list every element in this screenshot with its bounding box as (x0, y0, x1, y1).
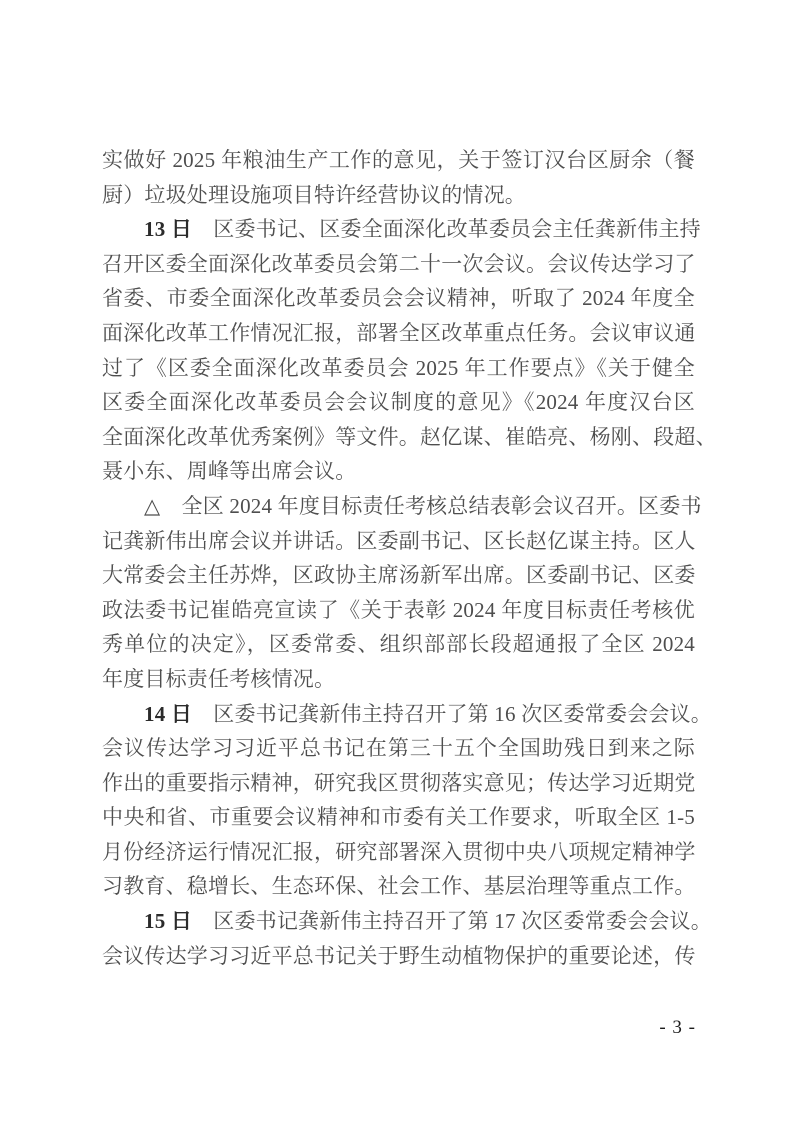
paragraph-day-15: 15 日 区委书记龚新伟主持召开了第 17 次区委常委会会议。会议传达学习习近平… (102, 904, 695, 973)
text-line: 中央和省、市重要会议精神和市委有关工作要求，听取全区 1-5 (102, 800, 695, 835)
text-line: 年度目标责任考核情况。 (102, 662, 695, 697)
text-line: 会议传达学习习近平总书记在第三十五个全国助残日到来之际 (102, 731, 695, 766)
text-line: 全面深化改革优秀案例》等文件。赵亿谋、崔皓亮、杨刚、段超、 (102, 420, 695, 455)
paragraph-day-14: 14 日 区委书记龚新伟主持召开了第 16 次区委常委会会议。会议传达学习习近平… (102, 697, 695, 905)
text-line: 15 日 区委书记龚新伟主持召开了第 17 次区委常委会会议。 (102, 904, 695, 939)
text-line: 会议传达学习习近平总书记关于野生动植物保护的重要论述，传 (102, 939, 695, 974)
paragraph-day-13: 13 日 区委书记、区委全面深化改革委员会主任龚新伟主持召开区委全面深化改革委员… (102, 212, 695, 489)
date-marker: 15 日 (144, 909, 192, 933)
text-line: 作出的重要指示精神，研究我区贯彻落实意见；传达学习近期党 (102, 766, 695, 801)
footer-page-number: - 3 - (659, 1016, 696, 1040)
text-line: 过了《区委全面深化改革委员会 2025 年工作要点》《关于健全 (102, 351, 695, 386)
text-line: 聂小东、周峰等出席会议。 (102, 454, 695, 489)
text-line: 厨）垃圾处理设施项目特许经营协议的情况。 (102, 178, 695, 213)
date-marker: 13 日 (144, 217, 192, 241)
document-page: 实做好 2025 年粮油生产工作的意见，关于签订汉台区厨余（餐厨）垃圾处理设施项… (0, 0, 793, 1122)
text-line: 14 日 区委书记龚新伟主持召开了第 16 次区委常委会会议。 (102, 697, 695, 732)
date-marker: 14 日 (144, 702, 192, 726)
text-line: 13 日 区委书记、区委全面深化改革委员会主任龚新伟主持 (102, 212, 695, 247)
document-body: 实做好 2025 年粮油生产工作的意见，关于签订汉台区厨余（餐厨）垃圾处理设施项… (102, 143, 695, 973)
text-line: 区委全面深化改革委员会会议制度的意见》《2024 年度汉台区 (102, 385, 695, 420)
text-line: 记龚新伟出席会议并讲话。区委副书记、区长赵亿谋主持。区人 (102, 524, 695, 559)
text-line: 省委、市委全面深化改革委员会会议精神，听取了 2024 年度全 (102, 281, 695, 316)
triangle-item-marker: △ (144, 494, 160, 518)
text-line: 政法委书记崔皓亮宣读了《关于表彰 2024 年度目标责任考核优 (102, 593, 695, 628)
text-line: △ 全区 2024 年度目标责任考核总结表彰会议召开。区委书 (102, 489, 695, 524)
paragraph-triangle-item: △ 全区 2024 年度目标责任考核总结表彰会议召开。区委书记龚新伟出席会议并讲… (102, 489, 695, 697)
text-line: 习教育、稳增长、生态环保、社会工作、基层治理等重点工作。 (102, 869, 695, 904)
paragraph-continuation: 实做好 2025 年粮油生产工作的意见，关于签订汉台区厨余（餐厨）垃圾处理设施项… (102, 143, 695, 212)
text-line: 月份经济运行情况汇报，研究部署深入贯彻中央八项规定精神学 (102, 835, 695, 870)
text-line: 面深化改革工作情况汇报，部署全区改革重点任务。会议审议通 (102, 316, 695, 351)
text-line: 大常委会主任苏烨，区政协主席汤新军出席。区委副书记、区委 (102, 558, 695, 593)
text-line: 秀单位的决定》，区委常委、组织部部长段超通报了全区 2024 (102, 627, 695, 662)
text-line: 召开区委全面深化改革委员会第二十一次会议。会议传达学习了 (102, 247, 695, 282)
text-line: 实做好 2025 年粮油生产工作的意见，关于签订汉台区厨余（餐 (102, 143, 695, 178)
